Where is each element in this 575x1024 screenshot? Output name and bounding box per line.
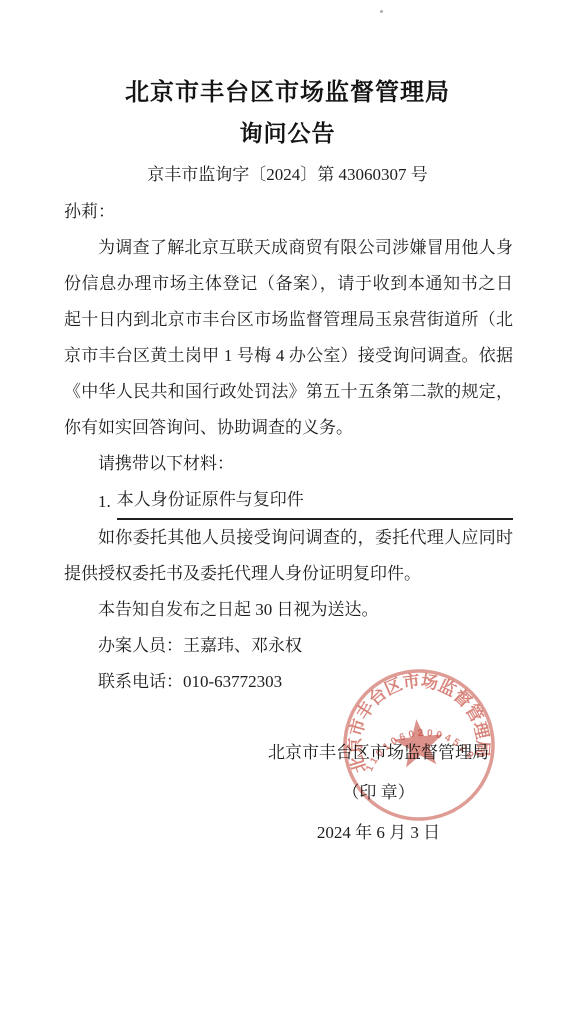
paragraph-investigation-notice: 为调查了解北京互联天成商贸有限公司涉嫌冒用他人身份信息办理市场主体登记（备案），… xyxy=(64,230,513,446)
material-item-1: 1. 本人身份证原件与复印件 xyxy=(64,482,513,520)
document-page: 北京市丰台区市场监督管理局 询问公告 京丰市监询字〔2024〕第 4306030… xyxy=(0,0,575,1024)
signature-block: 北京市丰台区市场监督管理局 （印 章） 2024 年 6 月 3 日 xyxy=(268,733,489,853)
signature-seal-note: （印 章） xyxy=(268,773,489,813)
document-title-org: 北京市丰台区市场监督管理局 xyxy=(0,0,575,110)
document-body: 孙莉： 为调查了解北京互联天成商贸有限公司涉嫌冒用他人身份信息办理市场主体登记（… xyxy=(0,187,575,700)
scan-artifact-dot xyxy=(380,10,383,13)
paragraph-delegation-rule: 如你委托其他人员接受询问调查的，委托代理人应同时提供授权委托书及委托代理人身份证… xyxy=(64,520,513,592)
paragraph-materials-intro: 请携带以下材料： xyxy=(64,446,513,482)
document-number: 京丰市监询字〔2024〕第 43060307 号 xyxy=(0,148,575,187)
material-item-1-number: 1. xyxy=(98,484,111,520)
material-item-1-text: 本人身份证原件与复印件 xyxy=(117,490,304,509)
paragraph-contact-phone: 联系电话：010-63772303 xyxy=(64,664,513,700)
signature-org: 北京市丰台区市场监督管理局 xyxy=(268,733,489,773)
document-title-type: 询问公告 xyxy=(0,110,575,148)
paragraph-delivery-deadline: 本告知自发布之日起 30 日视为送达。 xyxy=(64,592,513,628)
material-item-1-underline: 本人身份证原件与复印件 xyxy=(117,482,513,520)
paragraph-case-officers: 办案人员：王嘉玮、邓永权 xyxy=(64,628,513,664)
signature-date: 2024 年 6 月 3 日 xyxy=(268,813,489,853)
recipient-name: 孙莉： xyxy=(64,194,513,230)
